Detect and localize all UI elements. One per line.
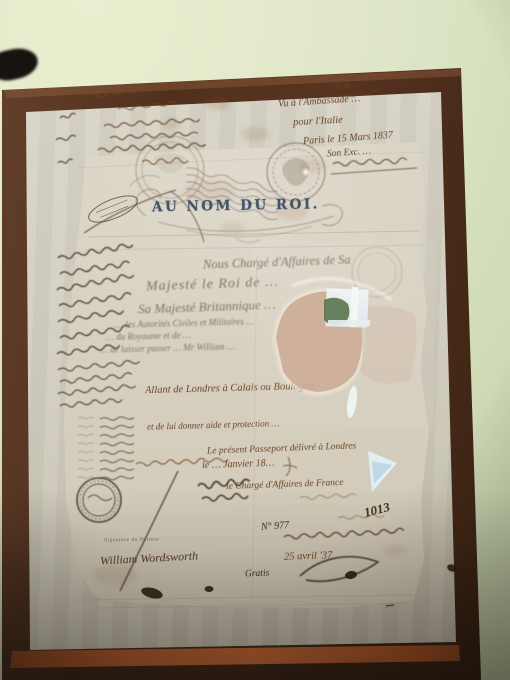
glass-reflection-triangle [368, 451, 397, 492]
glass-layer [0, 0, 510, 680]
glass-sheen [250, 240, 435, 430]
photo-stage: AU NOM DU ROI. … 1839 Vu à l'Ambassade …… [0, 0, 510, 680]
